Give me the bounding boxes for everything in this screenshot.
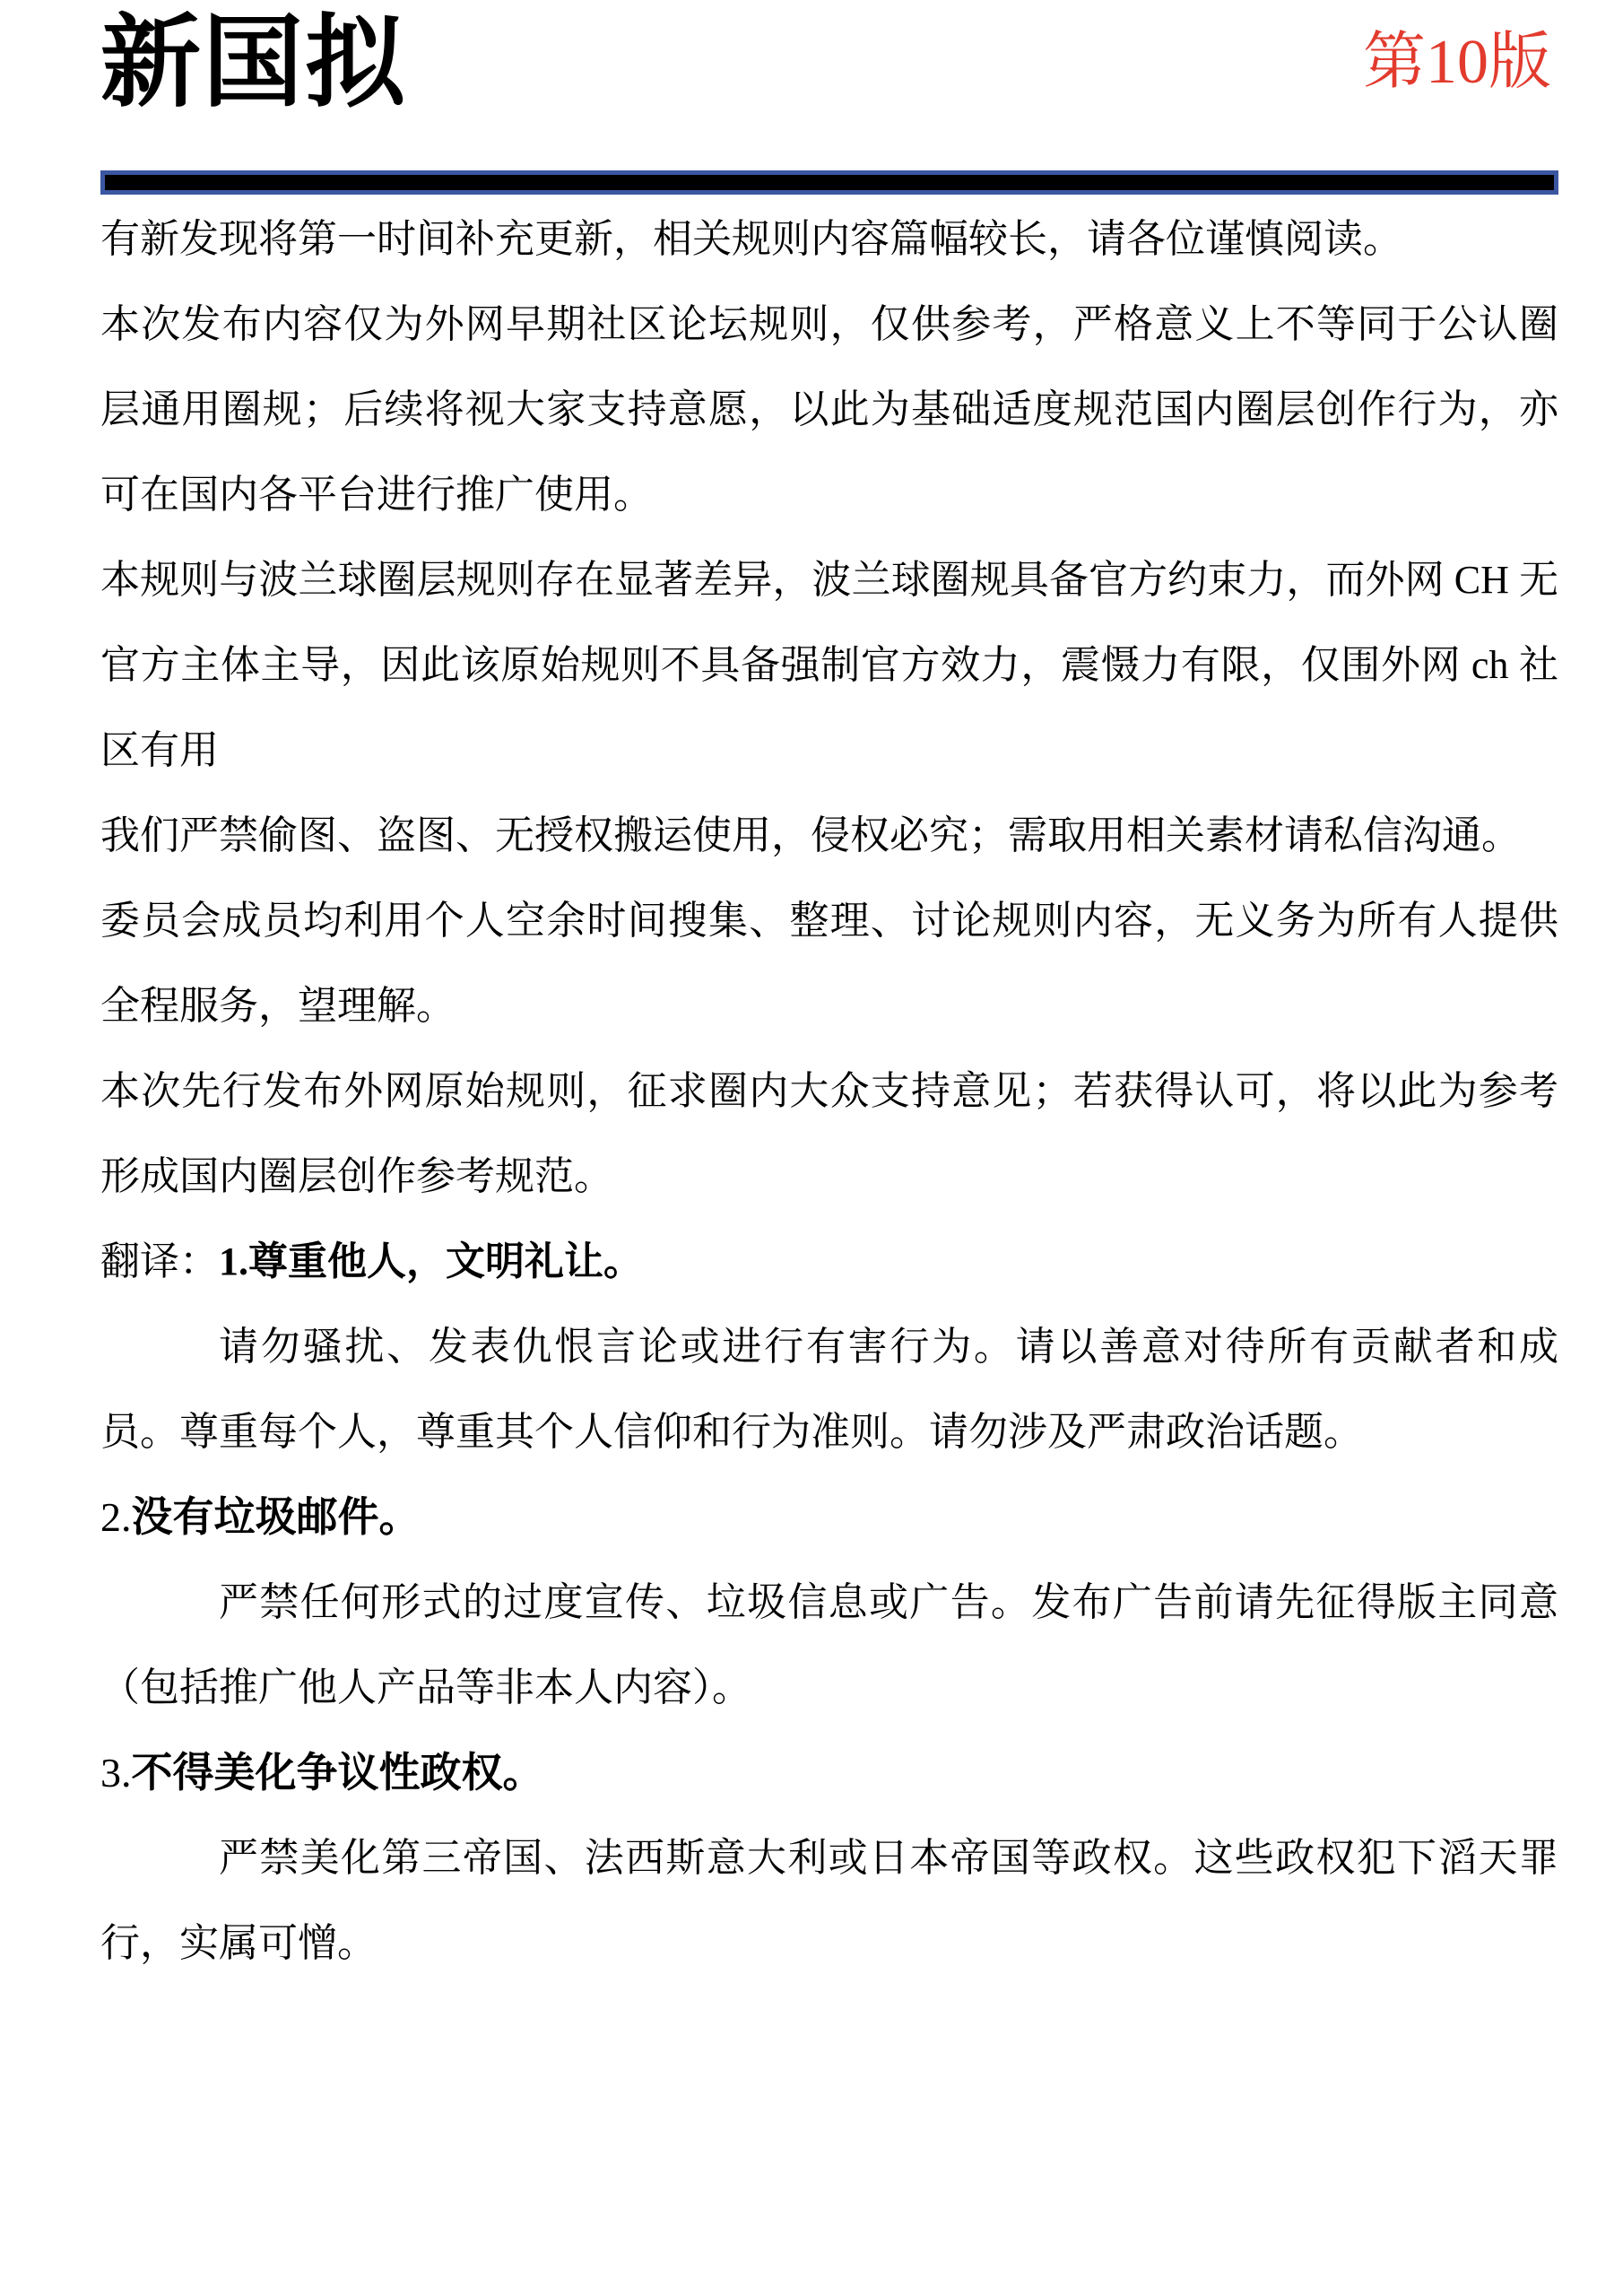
rule2-number: 2. xyxy=(100,1494,132,1540)
rule1-body: 请勿骚扰、发表仇恨言论或进行有害行为。请以善意对待所有贡献者和成员。尊重每个人，… xyxy=(100,1304,1558,1474)
rule1-prefix: 翻译： xyxy=(100,1239,219,1283)
rule2-title: 没有垃圾邮件。 xyxy=(132,1493,421,1540)
paragraph-release-plan: 本次先行发布外网原始规则，征求圈内大众支持意见；若获得认可，将以此为参考形成国内… xyxy=(100,1048,1558,1219)
paragraph-update-notice: 有新发现将第一时间补充更新，相关规则内容篇幅较长，请各位谨慎阅读。 xyxy=(100,196,1558,282)
masthead-title: 新国拟 xyxy=(100,13,407,113)
rule2-heading: 2.没有垃圾邮件。 xyxy=(100,1474,1558,1560)
rule3-number: 3. xyxy=(100,1750,132,1796)
rule1-title: 1.尊重他人，文明礼让。 xyxy=(219,1239,643,1283)
paragraph-copyright-notice: 我们严禁偷图、盗图、无授权搬运使用，侵权必究；需取用相关素材请私信沟通。 xyxy=(100,793,1558,878)
document-page: 新国拟 第10版 有新发现将第一时间补充更新，相关规则内容篇幅较长，请各位谨慎阅… xyxy=(0,0,1623,2296)
article-body: 有新发现将第一时间补充更新，相关规则内容篇幅较长，请各位谨慎阅读。 本次发布内容… xyxy=(100,196,1558,1986)
rule3-heading: 3.不得美化争议性政权。 xyxy=(100,1730,1558,1815)
rule3-title: 不得美化争议性政权。 xyxy=(132,1749,544,1796)
masthead: 新国拟 第10版 xyxy=(100,13,1558,129)
paragraph-rule-difference: 本规则与波兰球圈层规则存在显著差异，波兰球圈规具备官方约束力，而外网 CH 无官… xyxy=(100,537,1558,793)
divider-bar xyxy=(100,170,1558,195)
edition-label: 第10版 xyxy=(1363,27,1551,99)
paragraph-committee-note: 委员会成员均利用个人空余时间搜集、整理、讨论规则内容，无义务为所有人提供全程服务… xyxy=(100,878,1558,1048)
paragraph-release-scope: 本次发布内容仅为外网早期社区论坛规则，仅供参考，严格意义上不等同于公认圈层通用圈… xyxy=(100,282,1558,537)
rule1-heading-line: 翻译：1.尊重他人，文明礼让。 xyxy=(100,1219,1558,1304)
rule3-body: 严禁美化第三帝国、法西斯意大利或日本帝国等政权。这些政权犯下滔天罪行，实属可憎。 xyxy=(100,1815,1558,1986)
rule2-body: 严禁任何形式的过度宣传、垃圾信息或广告。发布广告前请先征得版主同意（包括推广他人… xyxy=(100,1560,1558,1730)
